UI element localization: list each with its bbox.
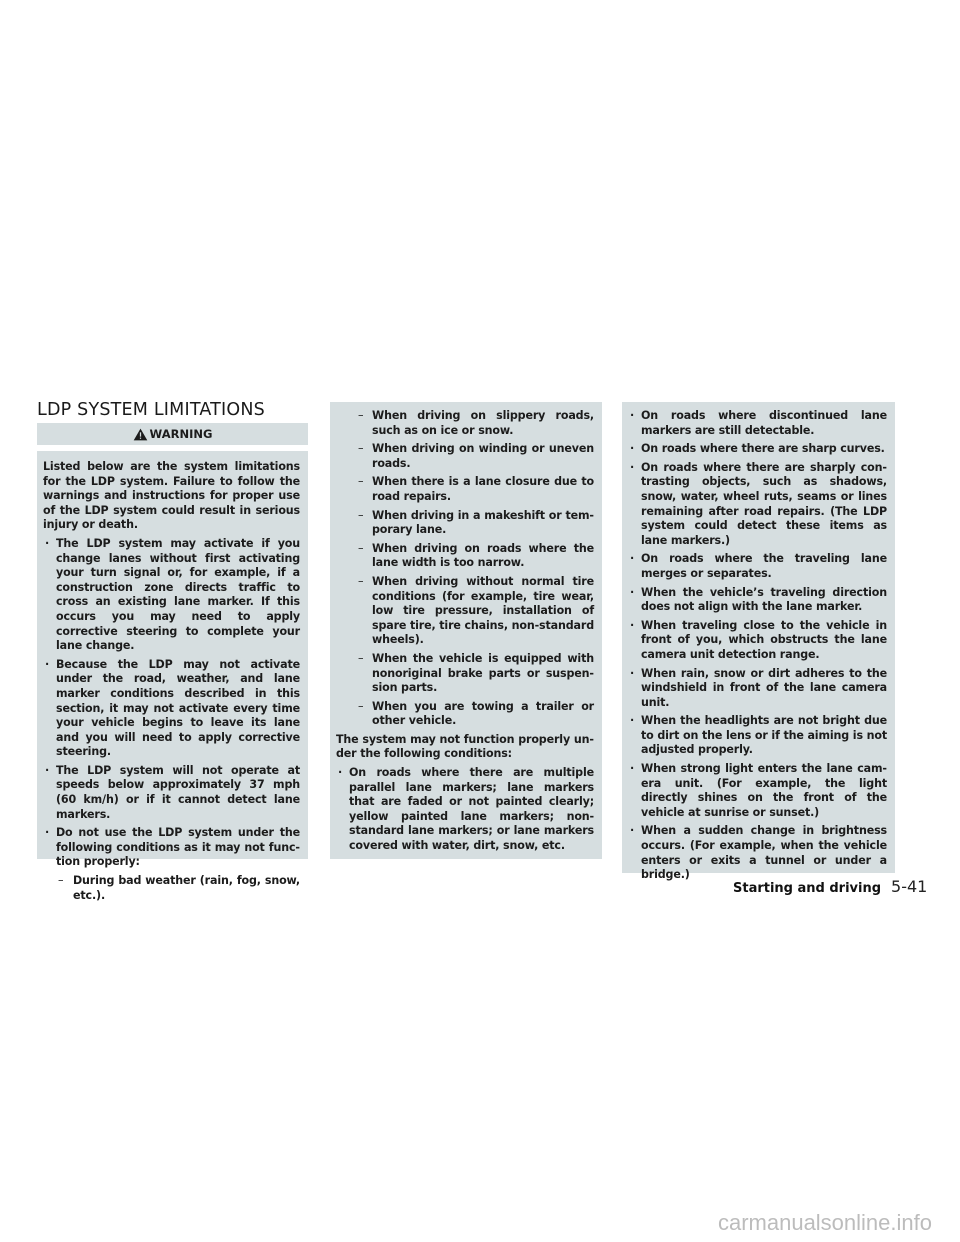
dash-marker: – bbox=[358, 475, 363, 490]
sub-list-item: –When driving on slippery roads, such as… bbox=[336, 409, 594, 438]
bullet-marker: · bbox=[630, 714, 634, 729]
bullet-marker: · bbox=[45, 764, 49, 779]
bullet-marker: · bbox=[630, 442, 634, 457]
list-item: ·Because the LDP may not activate under … bbox=[43, 658, 300, 760]
bullet-marker: · bbox=[630, 409, 634, 424]
sub-list-item: –When driving without normal tire condit… bbox=[336, 575, 594, 648]
list-item: ·On roads where there are sharp curves. bbox=[628, 442, 887, 457]
footer-section-name: Starting and driving bbox=[733, 881, 881, 896]
bullet-marker: · bbox=[630, 762, 634, 777]
dash-marker: – bbox=[358, 700, 363, 715]
dash-marker: – bbox=[358, 652, 363, 667]
list-item: ·The LDP system will not operate at spee… bbox=[43, 764, 300, 822]
page-footer: Starting and driving 5-41 bbox=[733, 877, 927, 896]
list-item: ·When strong light enters the lane cam­e… bbox=[628, 762, 887, 820]
sub-list-item: –When driving on winding or uneven roads… bbox=[336, 442, 594, 471]
bullet-marker: · bbox=[630, 586, 634, 601]
bullet-marker: · bbox=[45, 658, 49, 673]
sub-list-item: –During bad weather (rain, fog, snow, et… bbox=[43, 874, 300, 903]
warning-triangle-icon bbox=[133, 428, 148, 441]
list-item: ·On roads where there are multiple paral… bbox=[336, 766, 594, 854]
watermark: carmanualsonline.info bbox=[718, 1210, 932, 1236]
warning-box-column-1: Listed below are the system limitations … bbox=[37, 451, 308, 859]
list-item: ·The LDP system may activate if you chan… bbox=[43, 537, 300, 654]
dash-marker: – bbox=[358, 409, 363, 424]
dash-marker: – bbox=[58, 874, 63, 889]
list-item: ·When the headlights are not bright due … bbox=[628, 714, 887, 758]
bullet-marker: · bbox=[338, 766, 342, 781]
conditions-intro: The system may not function properly un­… bbox=[336, 733, 594, 762]
warning-header: WARNING bbox=[37, 423, 308, 445]
sub-list-item: –When there is a lane closure due to roa… bbox=[336, 475, 594, 504]
bullet-marker: · bbox=[45, 826, 49, 841]
list-item: ·On roads where the traveling lane merge… bbox=[628, 552, 887, 581]
section-title: LDP SYSTEM LIMITATIONS bbox=[37, 400, 265, 420]
bullet-marker: · bbox=[630, 619, 634, 634]
warning-box-column-3: ·On roads where discontinued lane mark­e… bbox=[622, 402, 895, 873]
bullet-marker: · bbox=[630, 552, 634, 567]
warning-label: WARNING bbox=[150, 427, 213, 441]
sub-list-item: –When driving on roads where the lane wi… bbox=[336, 542, 594, 571]
list-item: ·When rain, snow or dirt adheres to the … bbox=[628, 667, 887, 711]
list-item: ·On roads where there are sharply con­tr… bbox=[628, 461, 887, 549]
dash-marker: – bbox=[358, 575, 363, 590]
sub-list-item: –When you are towing a trailer or other … bbox=[336, 700, 594, 729]
bullet-marker: · bbox=[45, 537, 49, 552]
list-item: ·When the vehicle’s traveling direction … bbox=[628, 586, 887, 615]
dash-marker: – bbox=[358, 509, 363, 524]
bullet-marker: · bbox=[630, 667, 634, 682]
warning-intro: Listed below are the system limitations … bbox=[43, 460, 300, 533]
warning-box-column-2: –When driving on slippery roads, such as… bbox=[330, 402, 602, 859]
list-item: ·On roads where discontinued lane mark­e… bbox=[628, 409, 887, 438]
list-item: ·When a sudden change in brightness oc­c… bbox=[628, 824, 887, 882]
list-item: ·When traveling close to the vehicle in … bbox=[628, 619, 887, 663]
dash-marker: – bbox=[358, 442, 363, 457]
sub-list-item: –When driving in a makeshift or tem­pora… bbox=[336, 509, 594, 538]
bullet-marker: · bbox=[630, 824, 634, 839]
page-number: 5-41 bbox=[891, 877, 927, 896]
list-item: ·Do not use the LDP system under the fol… bbox=[43, 826, 300, 870]
sub-list-item: –When the vehicle is equipped with nonor… bbox=[336, 652, 594, 696]
dash-marker: – bbox=[358, 542, 363, 557]
bullet-marker: · bbox=[630, 461, 634, 476]
